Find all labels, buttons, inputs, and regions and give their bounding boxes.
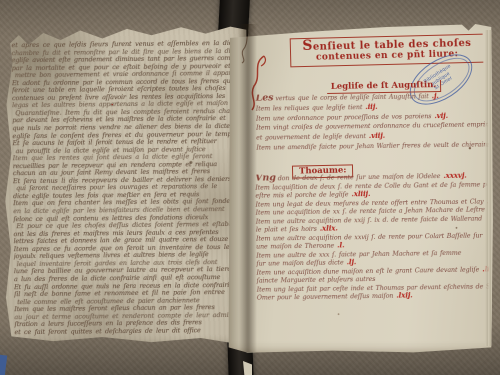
toc-entry-folio: .xlix. [320,223,338,232]
toc-entry: Omer pour le gouvernement deſſus maiſon.… [257,290,489,302]
section-heading-church: Legliſe de ſt Auguſtin. [314,72,454,94]
toc-entry-text: vertus que le corps de legliſe ſaint Aug… [275,93,428,102]
toc-entry-text: et gouvernement de legliſe devant [256,133,366,142]
manuscript-line: et ce fait ſeront quittes et deſchargies… [14,327,246,337]
toc-section-second: Vngdon de deux ſ. de rente ſur une maiſo… [255,171,489,302]
toc-entry-folio: .j. [432,91,439,100]
toc-entry-folio: .xliij. [351,189,370,198]
toc-entry: Item une amendiſe faicte pour Jehan Warl… [256,140,488,153]
left-page-text: et apres ce que leſdis ſieurs furent ven… [11,40,246,337]
toc-entry-folio: .xxxvj. [443,171,466,180]
right-page: Senſieut le table des choſes contenues e… [226,22,494,354]
toc-entry-folio: .vij. [434,111,448,120]
manuscript-photo: et apres ce que leſdis ſieurs furent ven… [0,0,500,375]
toc-entry-folio: .l. [337,240,344,249]
page-fore-edge [485,30,492,345]
toc-entry-lead: Vng [255,172,276,183]
toc-entry-lead: Les [256,92,274,103]
toc-entry-text: ſur une maiſon deſſus dicte [256,259,343,267]
left-page: et apres ce que leſdis ſieurs furent ven… [4,24,250,346]
toc-entry-text: Item vingt croiſes de gouvernement ordon… [256,122,488,132]
toc-entry-text: Item une ordonnance pour proceſſions de … [256,113,432,122]
toc-entry-folio: .lj. [346,257,356,266]
toc-entry-text: Omer pour le gouvernement deſſus maiſon [257,293,394,302]
toc-entry-folio: .lxij. [396,290,412,299]
toc-entry-text: Item une amendiſe faicte pour Jehan Warl… [256,141,488,151]
toc-entry-text: une maiſon de Theroane [256,243,334,251]
toc-entry-text: eſtre mis el porche de legliſe [255,191,348,199]
toc-entry-folio: .viij. [369,131,385,140]
toc-entry-text: le plait et ſes hoirs [256,226,317,234]
toc-entry-text: Item les reliques que legliſe tient [256,104,363,112]
blue-object-edge [0,355,7,375]
toc-entry-folio: .iij. [365,102,377,111]
toc-section-church: Lesvertus que le corps de legliſe ſaint … [256,91,489,153]
